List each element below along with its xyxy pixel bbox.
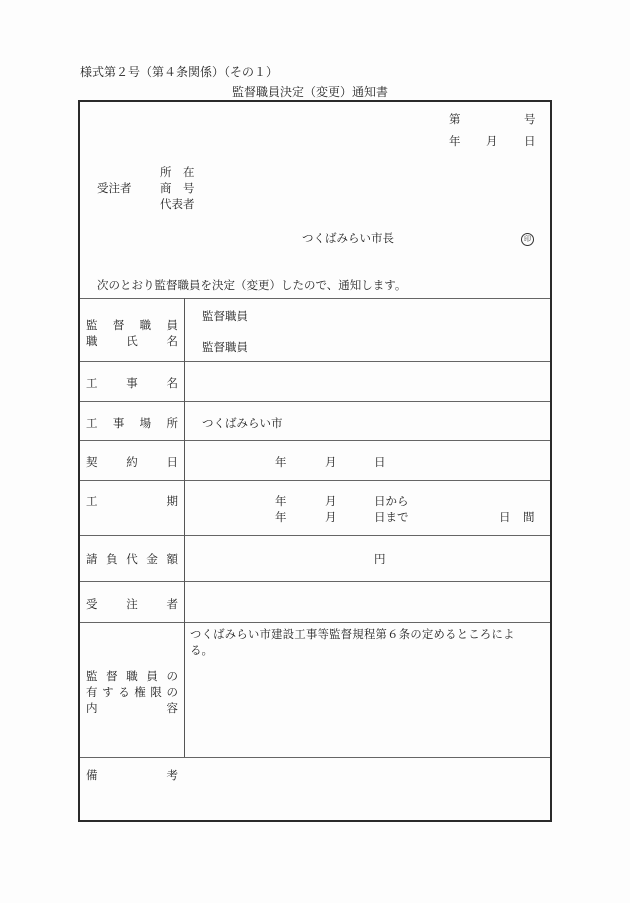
term-to-month: 月 (325, 509, 337, 525)
recipient-company-label: 商 号 (160, 180, 195, 196)
authority-label-line1: 監督職員の (86, 668, 178, 684)
contract-amount-label: 請負代金額 (86, 551, 178, 567)
term-to-year: 年 (275, 509, 287, 525)
form-code: 様式第２号（第４条関係）（その１） (80, 63, 278, 80)
document-title: 監督職員決定（変更）通知書 (232, 83, 388, 100)
contract-date-day: 日 (374, 454, 386, 470)
authority-value-line2: る。 (190, 642, 213, 658)
contract-date-label: 契約日 (86, 454, 178, 470)
contract-date-year: 年 (275, 454, 287, 470)
supervisor-name-1: 監督職員 (202, 308, 248, 324)
project-name-label: 工事名 (86, 375, 178, 391)
term-from-month: 月 (325, 493, 337, 509)
supervisor-label-line2: 職氏名 (86, 333, 178, 349)
term-label: 工期 (86, 493, 178, 509)
number-prefix: 第 (449, 111, 461, 127)
project-site-label: 工事場所 (86, 415, 178, 431)
contract-amount-unit: 円 (374, 551, 386, 567)
column-divider (184, 298, 185, 757)
authority-label-line3: 内容 (86, 700, 178, 716)
recipient-representative-label: 代表者 (160, 196, 195, 212)
seal-icon: 印 (521, 233, 534, 246)
contract-date-month: 月 (325, 454, 337, 470)
remarks-label: 備考 (86, 767, 178, 783)
contractor-label: 受注者 (86, 596, 178, 612)
supervisor-name-2: 監督職員 (202, 339, 248, 355)
project-site-value: つくばみらい市 (202, 415, 283, 431)
number-suffix: 号 (524, 111, 536, 127)
supervisor-label-line1: 監督職員 (86, 317, 178, 333)
date-month: 月 (486, 133, 498, 149)
recipient-address-label: 所 在 (160, 164, 195, 180)
term-from-year: 年 (275, 493, 287, 509)
notice-message: 次のとおり監督職員を決定（変更）したので、通知します。 (97, 277, 406, 293)
authority-label-line2: 有する権限の (86, 684, 178, 700)
term-from-day: 日から (374, 493, 409, 509)
date-day: 日 (524, 133, 536, 149)
term-duration-day: 日 (499, 509, 511, 525)
form-frame: 第 号 年 月 日 受注者 所 在 商 号 代表者 つくばみらい市長 印 次のと… (78, 100, 552, 822)
term-duration-suffix: 間 (523, 509, 535, 525)
issuer-name: つくばみらい市長 (302, 230, 394, 246)
recipient-label: 受注者 (97, 180, 132, 196)
date-year: 年 (449, 133, 461, 149)
authority-value-line1: つくばみらい市建設工事等監督規程第６条の定めるところによ (190, 626, 515, 642)
term-to-day: 日まで (374, 509, 409, 525)
